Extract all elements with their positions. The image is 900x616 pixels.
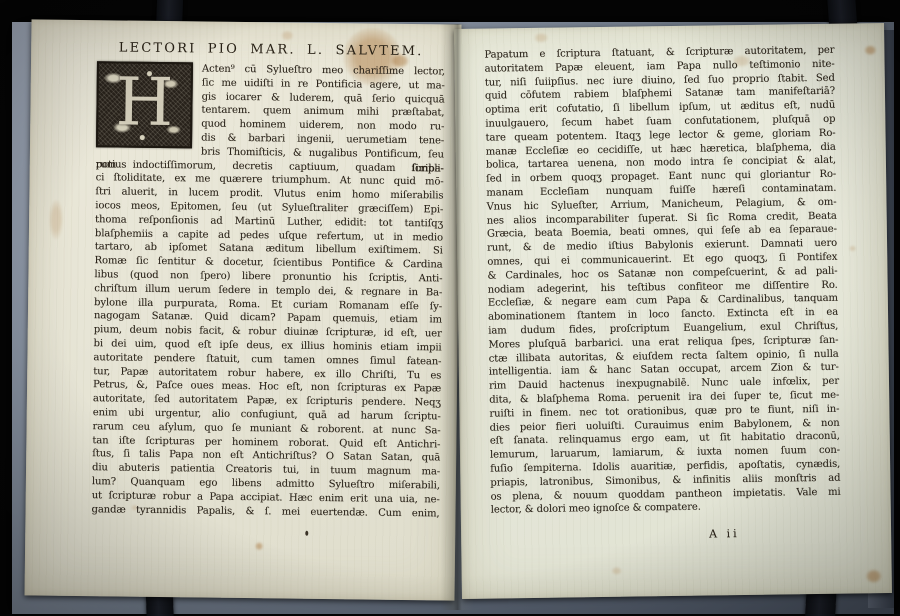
foxing-stain (534, 33, 548, 43)
right-page: Papatum e ſcriptura ſtatuant, & ſcriptur… (454, 23, 892, 599)
foxing-stain (866, 569, 882, 583)
right-text-column: Papatum e ſcriptura ſtatuant, & ſcriptur… (484, 44, 841, 544)
page-heading: LECTORI PIO MAR. L. SALVTEM. (97, 40, 445, 59)
woodcut-initial: H (96, 61, 193, 148)
foxing-stain (281, 30, 293, 40)
foxing-stain (849, 245, 856, 251)
ink-speck (305, 531, 308, 536)
book-photograph: LECTORI PIO MAR. L. SALVTEM. H Acten⁹ cū… (0, 0, 900, 616)
foxing-stain (864, 45, 876, 55)
left-text-column: LECTORI PIO MAR. L. SALVTEM. H Acten⁹ cū… (91, 40, 445, 521)
foxing-stain (612, 567, 622, 575)
foxing-stain (49, 200, 63, 240)
left-text-block: H Acten⁹ cū Sylueſtro meo chariſſime lec… (91, 61, 445, 521)
initial-letter: H (98, 60, 191, 145)
foxing-stain (255, 542, 263, 550)
text-lines: Papatum e ſcriptura ſtatuant, & ſcriptur… (484, 44, 840, 504)
signature-mark: A ii (709, 526, 841, 541)
left-page: LECTORI PIO MAR. L. SALVTEM. H Acten⁹ cū… (24, 19, 461, 600)
